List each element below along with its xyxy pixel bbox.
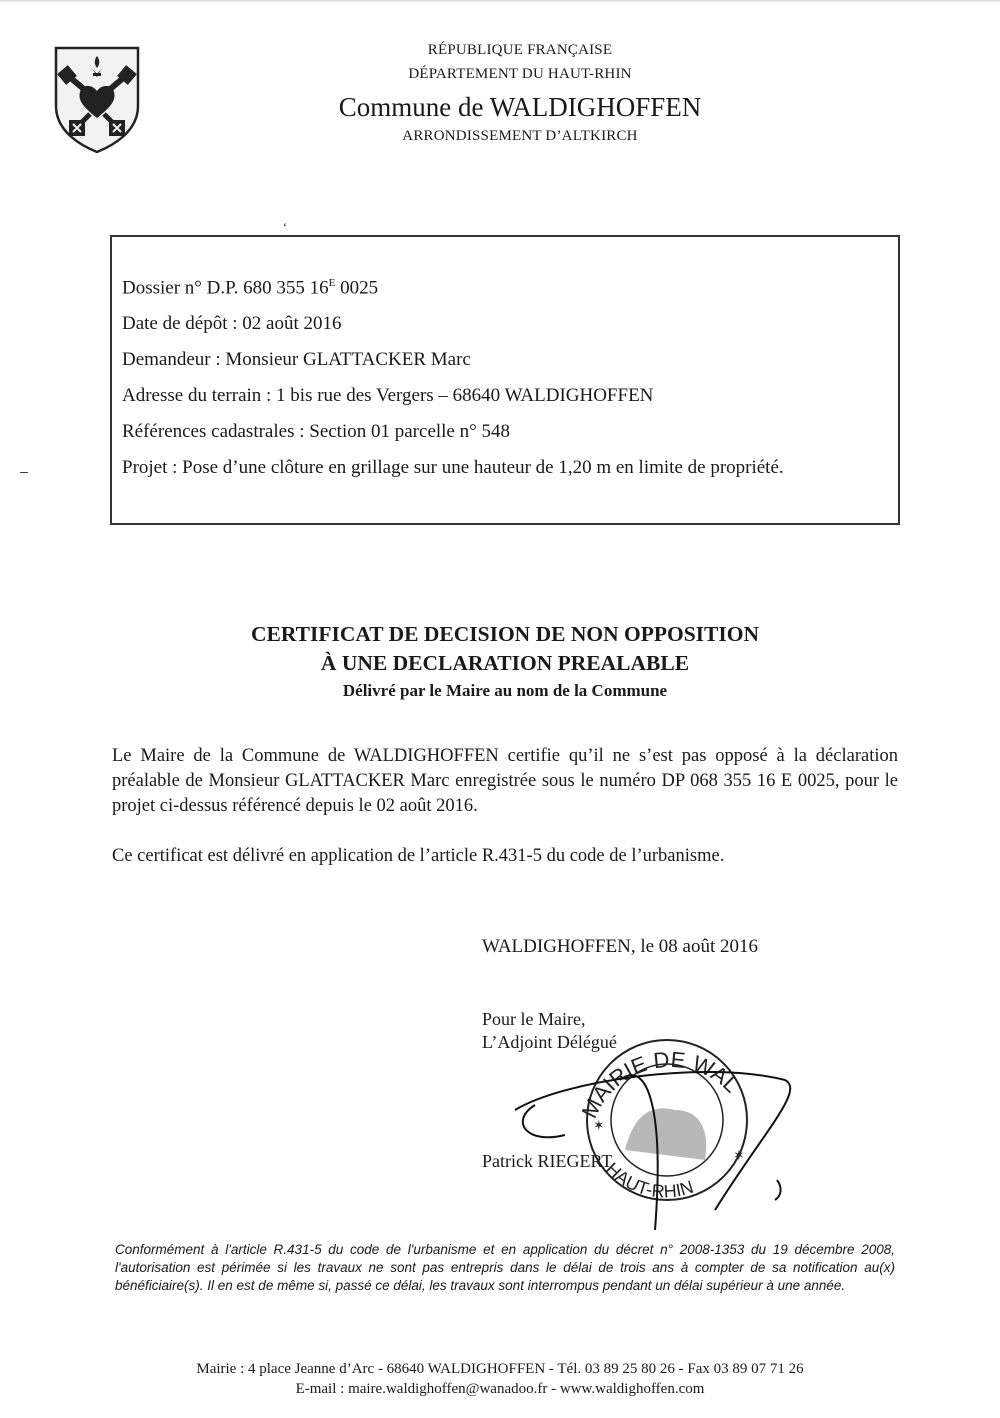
certificate-subtitle: Délivré par le Maire au nom de la Commun… (110, 681, 900, 701)
arrondissement-label: ARRONDISSEMENT D’ALTKIRCH (300, 128, 740, 145)
svg-text:HAUT-RHIN: HAUT-RHIN (602, 1159, 696, 1202)
svg-text:✶: ✶ (733, 1149, 745, 1164)
dossier-info-box: Dossier n° D.P. 680 355 16E 0025 Date de… (110, 235, 900, 525)
svg-text:MAIRIE DE WALDIGHOFFEN: MAIRIE DE WALDIGHOFFEN (505, 1010, 744, 1122)
applicant: Demandeur : Monsieur GLATTACKER Marc (122, 349, 471, 371)
department-label: DÉPARTEMENT DU HAUT-RHIN (300, 66, 740, 83)
deposit-date: Date de dépôt : 02 août 2016 (122, 313, 342, 335)
scan-mark: ʻ (283, 220, 287, 235)
place-and-date: WALDIGHOFFEN, le 08 août 2016 (482, 936, 758, 958)
svg-text:✶: ✶ (593, 1119, 605, 1134)
certificate-title: CERTIFICAT DE DECISION DE NON OPPOSITION (110, 622, 900, 647)
dossier-number: Dossier n° D.P. 680 355 16E 0025 (122, 277, 378, 299)
contact-info: E-mail : maire.waldighoffen@wanadoo.fr -… (100, 1381, 900, 1398)
scan-edge (0, 0, 1000, 3)
official-stamp-icon: MAIRIE DE WALDIGHOFFEN HAUT-RHIN ✶ ✶ (505, 1010, 805, 1230)
scan-mark (20, 472, 28, 473)
certification-paragraph: Le Maire de la Commune de WALDIGHOFFEN c… (112, 744, 898, 819)
coat-of-arms-icon (52, 44, 142, 154)
certificate-title-line2: À UNE DECLARATION PREALABLE (110, 651, 900, 676)
town-hall-address: Mairie : 4 place Jeanne d’Arc - 68640 WA… (100, 1361, 900, 1378)
legal-basis-paragraph: Ce certificat est délivré en application… (112, 844, 898, 869)
commune-name: Commune de WALDIGHOFFEN (300, 92, 740, 123)
land-address: Adresse du terrain : 1 bis rue des Verge… (122, 385, 653, 407)
validity-notice: Conformément à l'article R.431-5 du code… (115, 1241, 895, 1295)
project-description: Projet : Pose d’une clôture en grillage … (122, 457, 784, 479)
republic-label: RÉPUBLIQUE FRANÇAISE (300, 42, 740, 59)
cadastral-references: Références cadastrales : Section 01 parc… (122, 421, 510, 443)
